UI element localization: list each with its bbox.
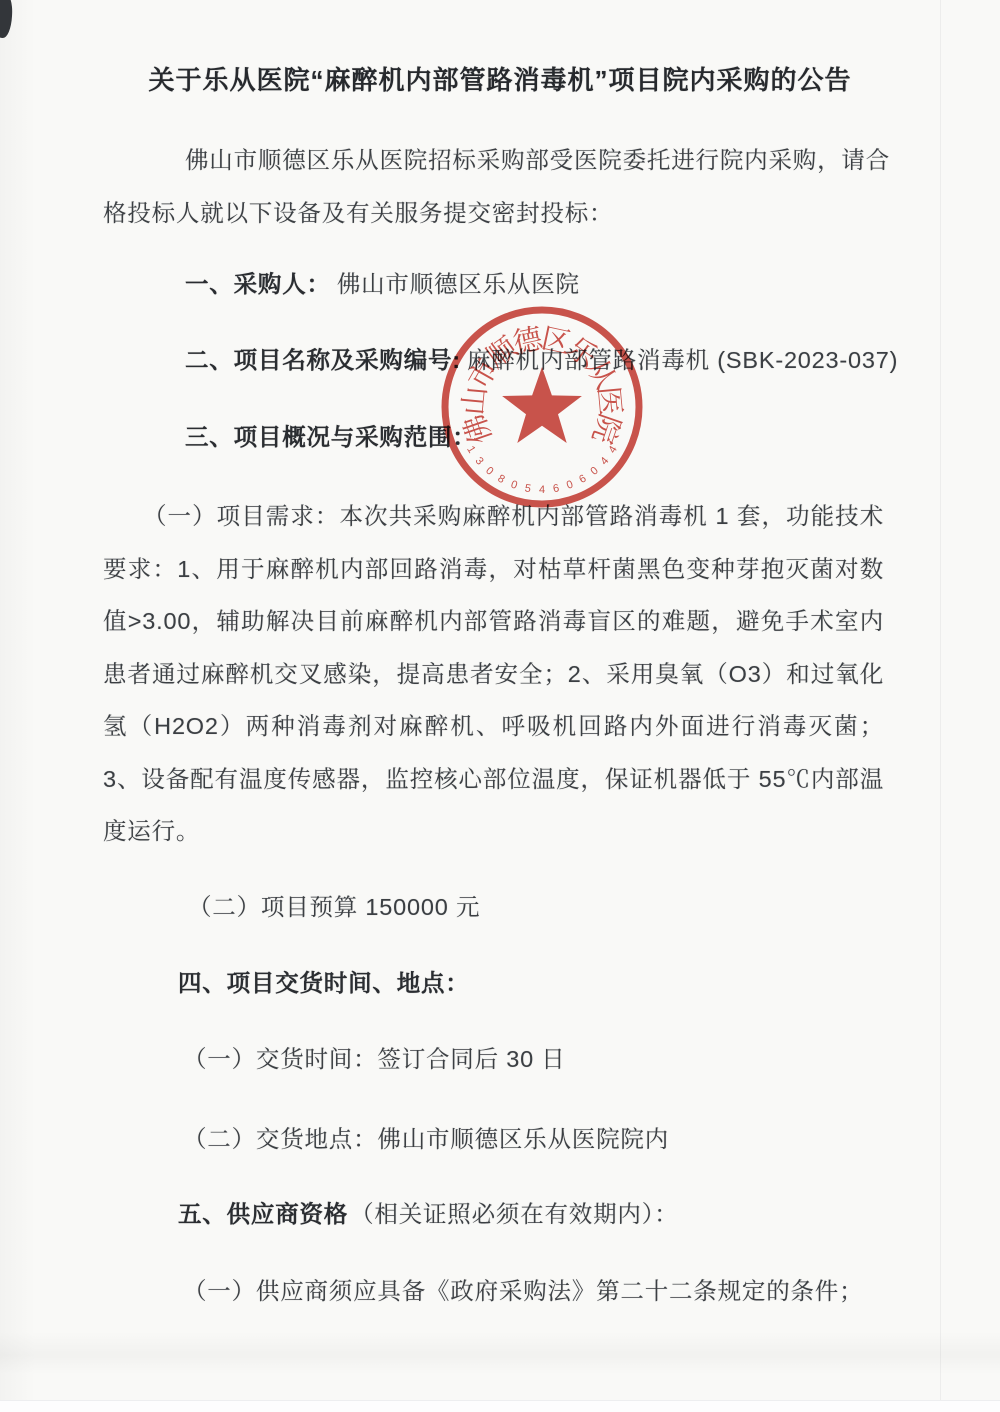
seal-organization-text: 佛山市顺德区乐从医院 (458, 322, 626, 448)
svg-text:4: 4 (606, 444, 619, 455)
scan-artifact-corner (0, 0, 13, 38)
delivery-time-line: （一）交货时间：签订合同后 30 日 (183, 1043, 566, 1075)
svg-text:3: 3 (473, 455, 486, 467)
project-value: 麻醉机内部管路消毒机 (SBK-2023-037) (467, 347, 898, 373)
delivery-heading: 四、项目交货时间、地点： (178, 967, 470, 999)
svg-text:院: 院 (585, 410, 626, 448)
scanned-document-page: 关于乐从医院“麻醉机内部管路消毒机”项目院内采购的公告 佛山市顺德区乐从医院招标… (0, 0, 1000, 1412)
scan-artifact-bottom-band (0, 1332, 1000, 1374)
supplier-requirement-line: （一）供应商须应具备《政府采购法》第二十二条规定的条件； (183, 1275, 863, 1307)
svg-text:0: 0 (483, 465, 495, 478)
supplier-heading-bold: 五、供应商资格 (178, 1201, 348, 1227)
requirements-paragraph: （一）项目需求：本次共采购麻醉机内部管路消毒机 1 套，功能技术要求：1、用于麻… (103, 490, 884, 858)
intro-paragraph: 佛山市顺德区乐从医院招标采购部受医院委托进行院内采购，请合格投标人就以下设备及有… (103, 134, 890, 239)
svg-text:4: 4 (598, 455, 611, 467)
svg-text:医: 医 (591, 385, 626, 417)
supplier-heading: 五、供应商资格（相关证照必须在有效期内）： (178, 1198, 679, 1230)
project-label: 二、项目名称及采购编号: (185, 347, 461, 373)
scan-artifact-bottom-strip (0, 1400, 1000, 1412)
official-seal: 佛山市顺德区乐从医院 4406064508031 (435, 303, 649, 515)
seal-registration-number: 4406064508031 (464, 444, 620, 496)
buyer-line: 一、采购人：佛山市顺德区乐从医院 (185, 268, 580, 300)
project-line: 二、项目名称及采购编号:麻醉机内部管路消毒机 (SBK-2023-037) (185, 344, 898, 376)
buyer-label: 一、采购人： (185, 271, 331, 297)
svg-text:0: 0 (588, 465, 600, 478)
delivery-place-line: （二）交货地点：佛山市顺德区乐从医院院内 (183, 1123, 669, 1155)
svg-text:8: 8 (496, 473, 507, 486)
overview-heading: 三、项目概况与采购范围： (185, 421, 477, 453)
scan-artifact-vertical-line (940, 0, 941, 1412)
buyer-value: 佛山市顺德区乐从医院 (337, 271, 580, 297)
seal-star-icon (502, 367, 582, 443)
seal-ring (445, 310, 639, 504)
document-title: 关于乐从医院“麻醉机内部管路消毒机”项目院内采购的公告 (0, 60, 1000, 97)
svg-text:山: 山 (458, 385, 493, 417)
svg-text:6: 6 (577, 473, 588, 486)
budget-line: （二）项目预算 150000 元 (188, 891, 480, 923)
supplier-heading-rest: （相关证照必须在有效期内）： (350, 1201, 678, 1227)
